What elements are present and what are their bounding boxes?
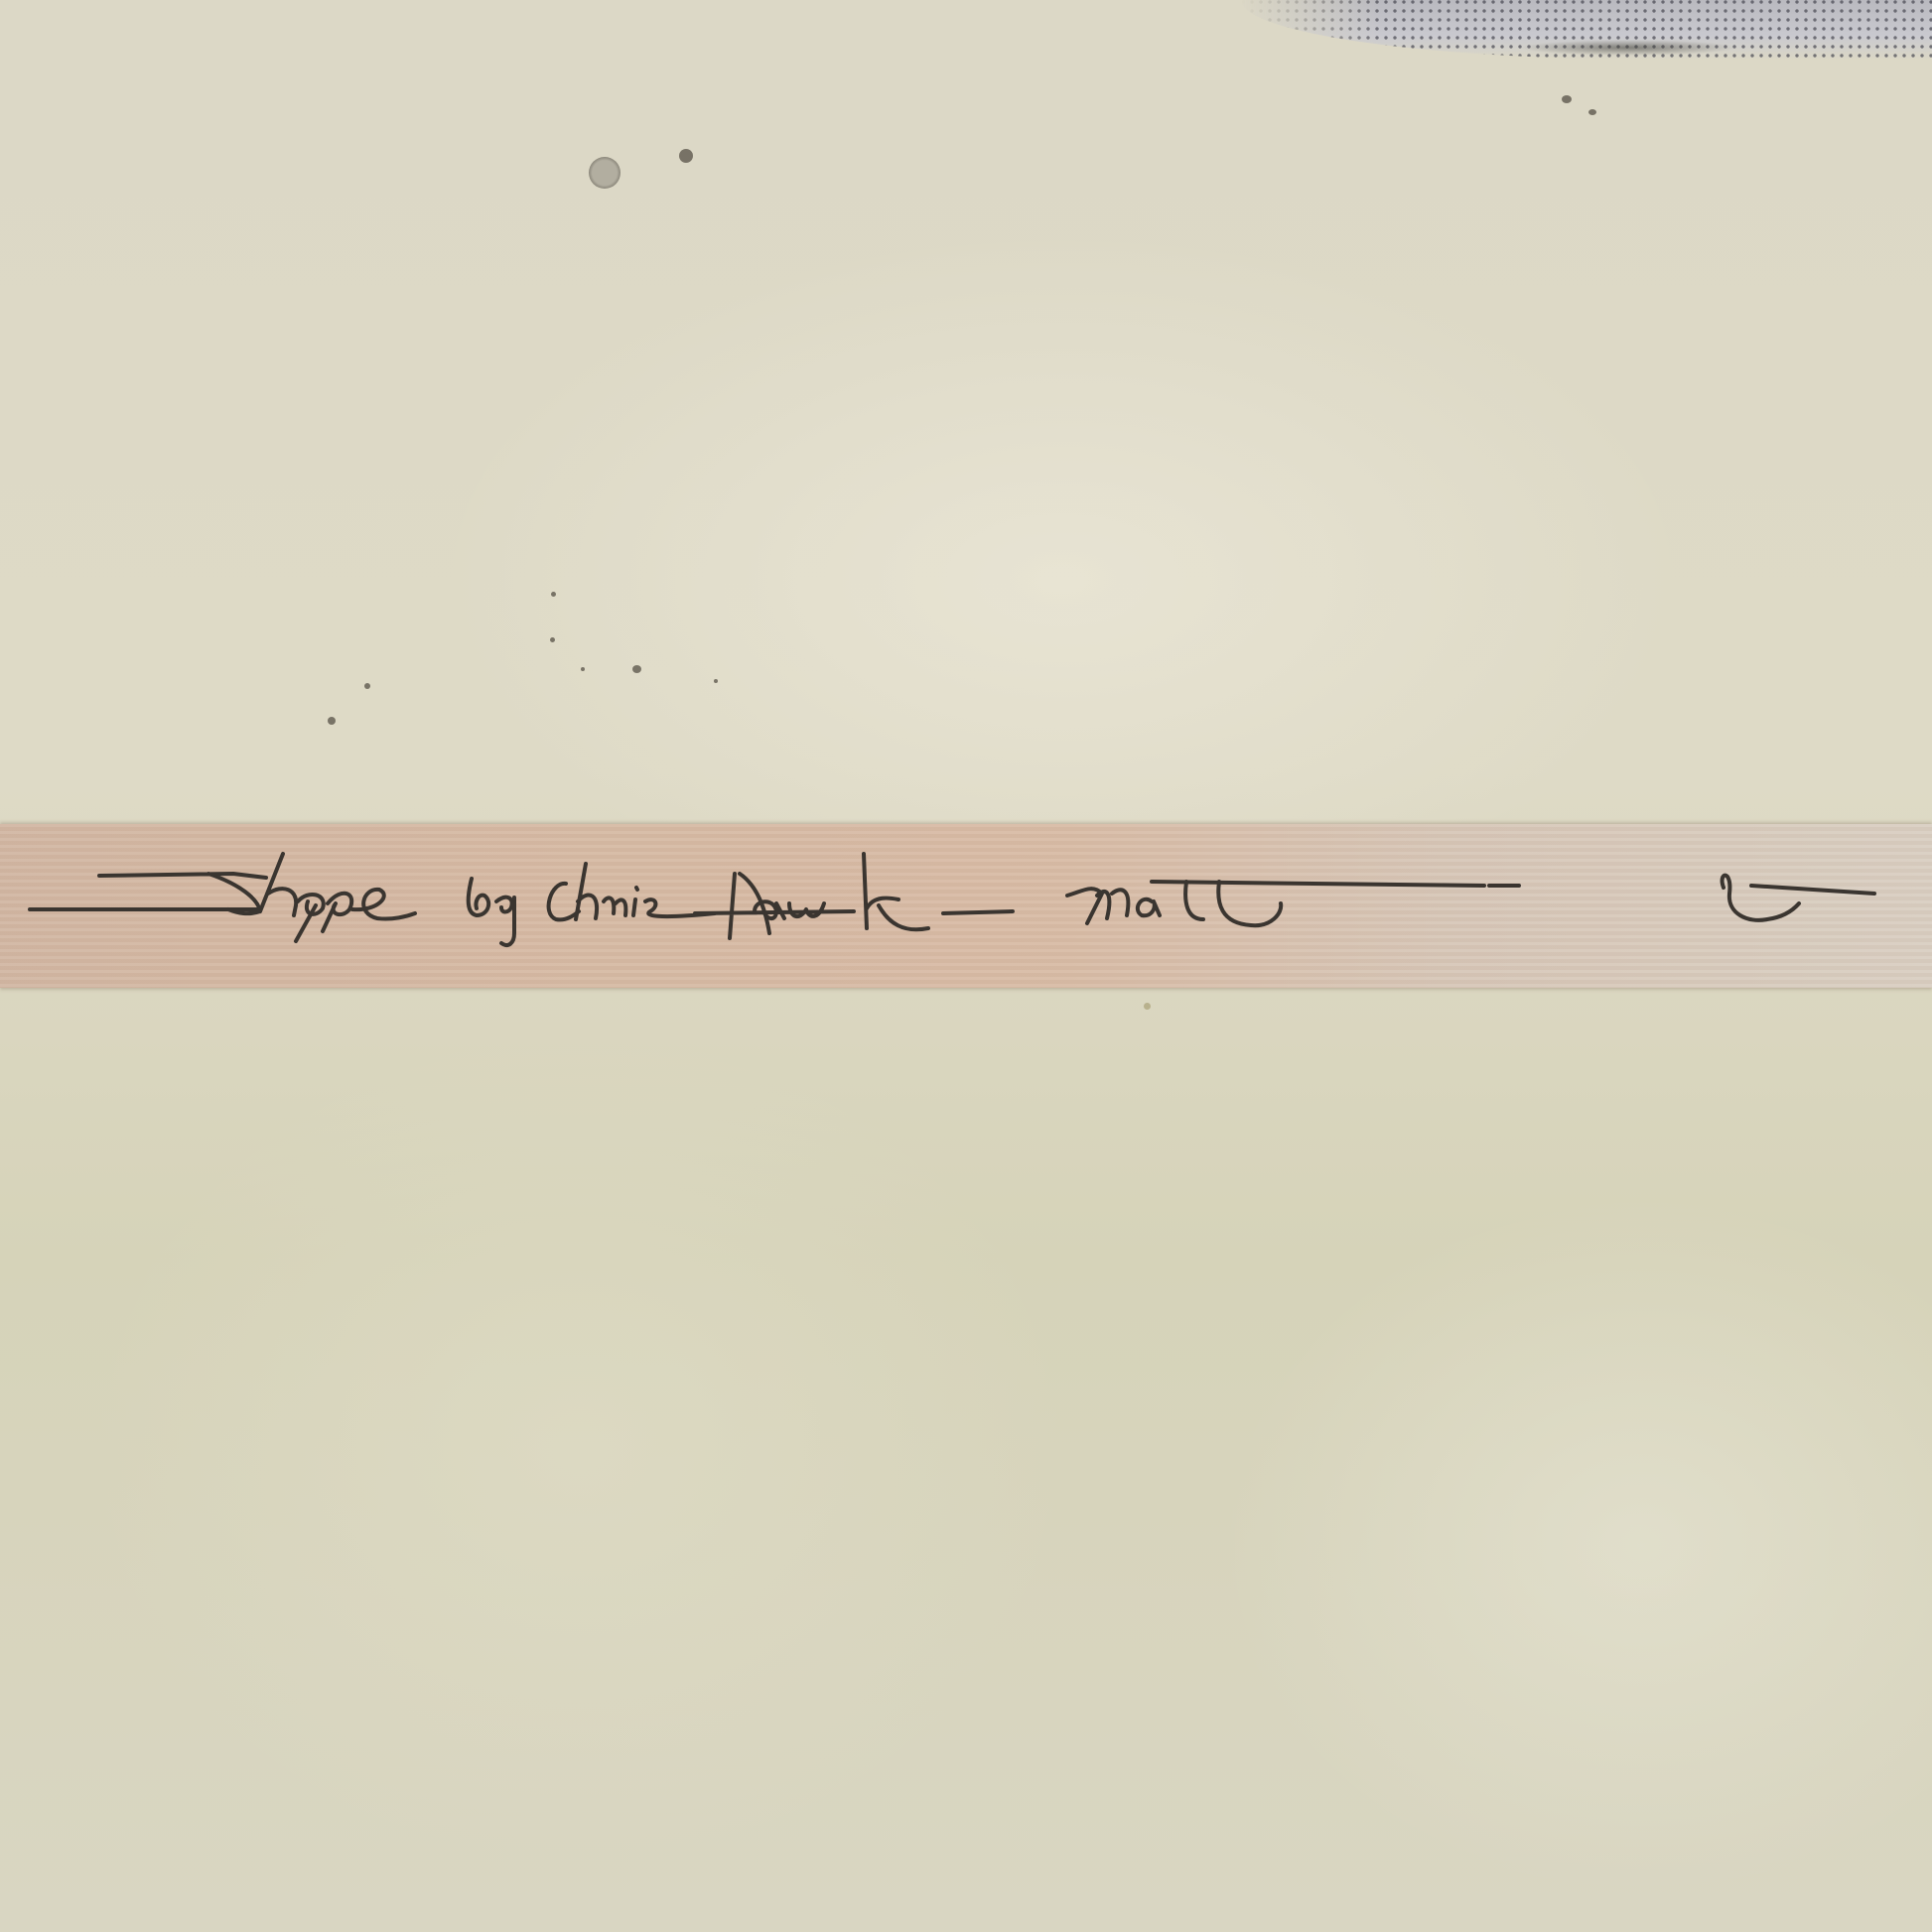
resin-speck: [1562, 95, 1572, 103]
wood-stringer: Shape by Chris Hawk — Matt: [0, 824, 1932, 988]
graphic-smudge: [1519, 40, 1737, 56]
resin-speck: [550, 637, 555, 642]
pencil-signature: [0, 824, 1932, 988]
surfboard-deck: Shape by Chris Hawk — Matt: [0, 0, 1932, 1932]
resin-speck: [364, 683, 370, 689]
resin-speck: [714, 679, 718, 683]
resin-speck: [632, 665, 641, 673]
resin-speck: [1588, 109, 1596, 115]
resin-speck: [679, 149, 693, 163]
resin-speck: [328, 717, 336, 725]
resin-speck: [1144, 1003, 1151, 1010]
resin-speck: [581, 667, 585, 671]
resin-bubble: [589, 157, 621, 189]
resin-speck: [551, 592, 556, 597]
